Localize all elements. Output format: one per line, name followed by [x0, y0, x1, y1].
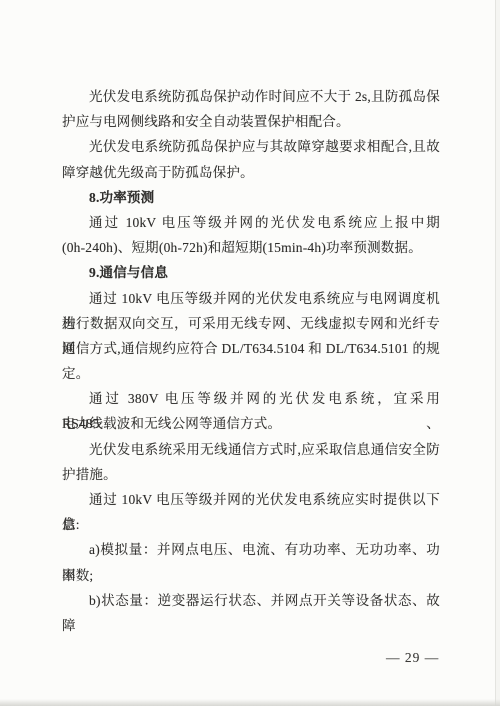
heading-power-forecast: 8.功率预测: [62, 185, 440, 210]
list-item-a-analog-line-1: a)模拟量：并网点电压、电流、有功功率、无功功率、功率: [62, 537, 440, 562]
para-wireless-security-line-2: 护措施。: [62, 462, 440, 487]
para-anti-islanding-line-2: 护应与电网侧线路和安全自动装置保护相配合。: [62, 109, 440, 134]
list-item-b-status-line-1: b)状态量：逆变器运行状态、并网点开关等设备状态、故障: [62, 588, 440, 613]
para-comm-10kv-line-3: 通信方式,通信规约应符合 DL/T634.5104 和 DL/T634.5101…: [62, 336, 440, 361]
scan-right-edge-line: [495, 0, 496, 706]
list-item-a-analog-line-2: 因数;: [62, 563, 440, 588]
para-comm-10kv-line-1: 通过 10kV 电压等级并网的光伏发电系统应与电网调度机构: [62, 286, 440, 311]
scan-right-edge: [496, 0, 500, 706]
para-comm-10kv-line-2: 进行数据双向交互，可采用无线专网、无线虚拟专网和光纤专网: [62, 311, 440, 336]
para-realtime-info-line-1: 通过 10kV 电压等级并网的光伏发电系统应实时提供以下信: [62, 487, 440, 512]
scan-bottom-shadow: [0, 699, 500, 706]
para-fault-ride-through-line-2: 障穿越优先级高于防孤岛保护。: [62, 160, 440, 185]
para-fault-ride-through-line-1: 光伏发电系统防孤岛保护应与其故障穿越要求相配合,且故: [62, 134, 440, 159]
para-forecast-line-1: 通过 10kV 电压等级并网的光伏发电系统应上报中期: [62, 210, 440, 235]
para-forecast-line-2: (0h-240h)、短期(0h-72h)和超短期(15min-4h)功率预测数据…: [62, 235, 440, 260]
document-page: 光伏发电系统防孤岛保护动作时间应不大于 2s,且防孤岛保 护应与电网侧线路和安全…: [0, 0, 500, 706]
para-comm-10kv-line-4: 定。: [62, 361, 440, 386]
heading-communication-info: 9.通信与信息: [62, 260, 440, 285]
document-text-block: 光伏发电系统防孤岛保护动作时间应不大于 2s,且防孤岛保 护应与电网侧线路和安全…: [62, 84, 440, 613]
para-realtime-info-line-2: 息:: [62, 512, 440, 537]
para-wireless-security-line-1: 光伏发电系统采用无线通信方式时,应采取信息通信安全防: [62, 437, 440, 462]
page-number: — 29 —: [386, 650, 439, 666]
para-comm-380v-line-1: 通过 380V 电压等级并网的光伏发电系统，宜采用 RS485、: [62, 386, 440, 411]
para-anti-islanding-line-1: 光伏发电系统防孤岛保护动作时间应不大于 2s,且防孤岛保: [62, 84, 440, 109]
